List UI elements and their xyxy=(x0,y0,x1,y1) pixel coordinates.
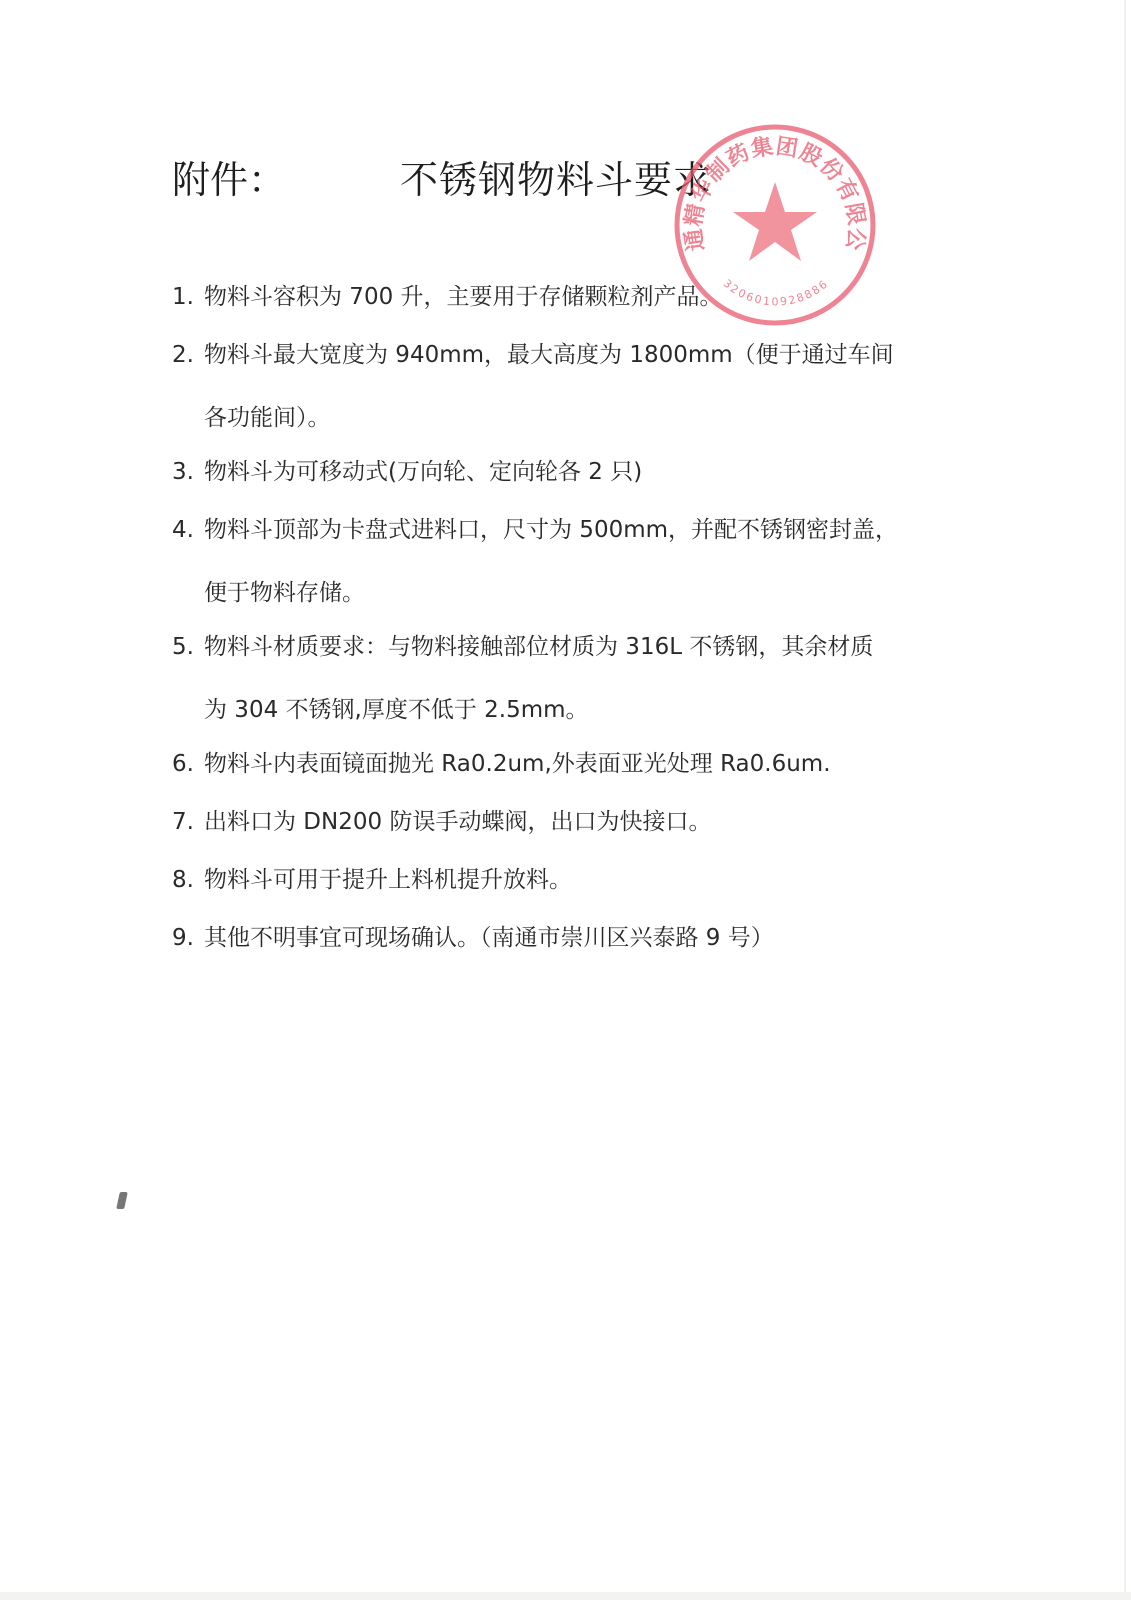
item-text: 物料斗材质要求：与物料接触部位材质为 316L 不锈钢，其余材质 xyxy=(204,628,873,661)
attachment-label: 附件： xyxy=(172,155,286,205)
star-icon xyxy=(733,182,817,261)
scan-artifact xyxy=(116,1192,128,1209)
list-item: 7.出料口为 DN200 防误手动蝶阀，出口为快接口。 xyxy=(172,803,711,836)
list-item: 3.物料斗为可移动式(万向轮、定向轮各 2 只) xyxy=(172,453,642,486)
item-number: 1. xyxy=(172,284,204,310)
list-item: 8.物料斗可用于提升上料机提升放料。 xyxy=(172,861,572,894)
item-number: 7. xyxy=(172,809,204,835)
list-item: 2.物料斗最大宽度为 940mm，最大高度为 1800mm（便于通过车间 各功能… xyxy=(172,336,894,432)
item-number: 4. xyxy=(172,517,204,543)
scan-edge xyxy=(0,1592,1131,1600)
item-text-continued: 便于物料存储。 xyxy=(172,574,898,607)
list-item: 4.物料斗顶部为卡盘式进料口，尺寸为 500mm，并配不锈钢密封盖， 便于物料存… xyxy=(172,511,898,607)
list-item: 5.物料斗材质要求：与物料接触部位材质为 316L 不锈钢，其余材质 为 304… xyxy=(172,628,873,724)
item-text: 物料斗最大宽度为 940mm，最大高度为 1800mm（便于通过车间 xyxy=(204,336,894,369)
list-item: 6.物料斗内表面镜面抛光 Ra0.2um,外表面亚光处理 Ra0.6um. xyxy=(172,745,831,778)
item-text-continued: 各功能间）。 xyxy=(172,399,894,432)
item-text: 物料斗顶部为卡盘式进料口，尺寸为 500mm，并配不锈钢密封盖， xyxy=(204,511,898,544)
item-text: 物料斗容积为 700 升，主要用于存储颗粒剂产品。 xyxy=(204,278,723,311)
document-page: 附件： 不锈钢物料斗要求 1.物料斗容积为 700 升，主要用于存储颗粒剂产品。… xyxy=(0,0,1131,1600)
item-number: 5. xyxy=(172,634,204,660)
item-number: 9. xyxy=(172,925,204,951)
list-item: 1.物料斗容积为 700 升，主要用于存储颗粒剂产品。 xyxy=(172,278,723,311)
item-text: 物料斗内表面镜面抛光 Ra0.2um,外表面亚光处理 Ra0.6um. xyxy=(204,745,831,778)
page-title: 不锈钢物料斗要求 xyxy=(400,155,712,205)
scan-edge xyxy=(1124,0,1126,1600)
list-item: 9.其他不明事宜可现场确认。（南通市崇川区兴泰路 9 号） xyxy=(172,919,774,952)
item-text-continued: 为 304 不锈钢,厚度不低于 2.5mm。 xyxy=(172,691,873,724)
seal-number: 3206010928886 xyxy=(721,277,832,309)
item-text: 出料口为 DN200 防误手动蝶阀，出口为快接口。 xyxy=(204,803,711,836)
item-text: 物料斗可用于提升上料机提升放料。 xyxy=(204,861,572,894)
svg-text:3206010928886: 3206010928886 xyxy=(721,277,832,309)
item-number: 8. xyxy=(172,867,204,893)
item-number: 6. xyxy=(172,751,204,777)
item-number: 2. xyxy=(172,342,204,368)
item-text: 其他不明事宜可现场确认。（南通市崇川区兴泰路 9 号） xyxy=(204,919,774,952)
item-number: 3. xyxy=(172,459,204,485)
item-text: 物料斗为可移动式(万向轮、定向轮各 2 只) xyxy=(204,453,642,486)
